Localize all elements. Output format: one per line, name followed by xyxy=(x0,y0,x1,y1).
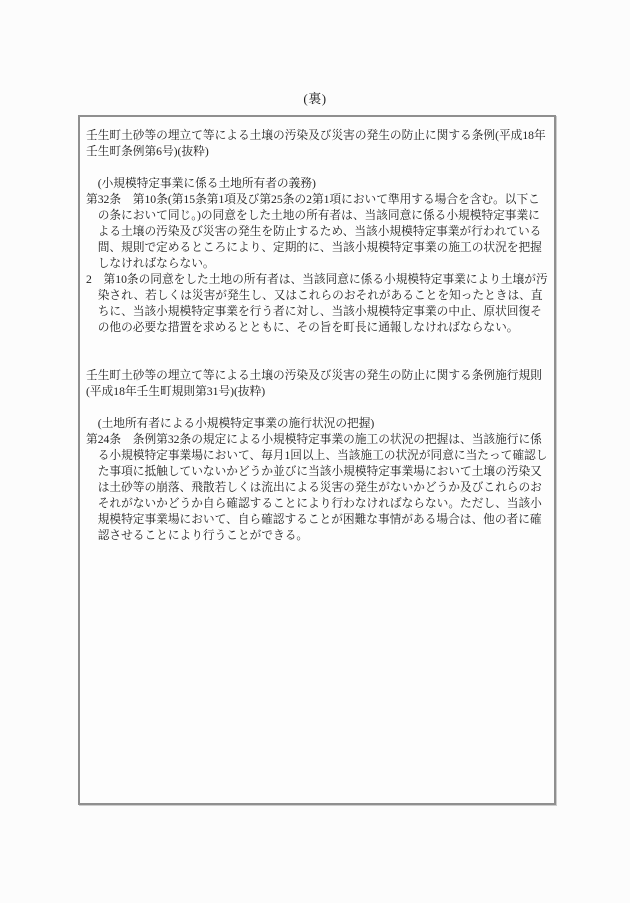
text-line: しなければならない。 xyxy=(86,256,551,272)
text-line xyxy=(86,336,551,352)
text-line: よる土壌の汚染及び災害の発生を防止するため、当該小規模特定事業が行われている xyxy=(86,224,551,240)
text-line: 認させることにより行うことができる。 xyxy=(86,528,551,544)
text-line: る小規模特定事業場において、毎月1回以上、当該施工の状況が同意に当たって確認し xyxy=(86,448,551,464)
text-line: 規模特定事業場において、自ら確認することが困難な事情がある場合は、他の者に確 xyxy=(86,512,551,528)
document-text: 壬生町土砂等の埋立て等による土壌の汚染及び災害の発生の防止に関する条例(平成18… xyxy=(86,128,551,544)
text-line xyxy=(86,400,551,416)
text-line: 壬生町土砂等の埋立て等による土壌の汚染及び災害の発生の防止に関する条例施行規則 xyxy=(86,368,551,384)
text-line: (小規模特定事業に係る土地所有者の義務) xyxy=(86,176,551,192)
text-line: 間、規則で定めるところにより、定期的に、当該小規模特定事業の施工の状況を把握 xyxy=(86,240,551,256)
document-border-box: 壬生町土砂等の埋立て等による土壌の汚染及び災害の発生の防止に関する条例(平成18… xyxy=(78,115,556,805)
text-line: の条において同じ。)の同意をした土地の所有者は、当該同意に係る小規模特定事業に xyxy=(86,208,551,224)
text-line: 第24条 条例第32条の規定による小規模特定事業の施工の状況の把握は、当該施行に… xyxy=(86,432,551,448)
text-line xyxy=(86,352,551,368)
text-line: の他の必要な措置を求めるとともに、その旨を町長に通報しなければならない。 xyxy=(86,320,551,336)
text-line: ちに、当該小規模特定事業を行う者に対し、当該小規模特定事業の中止、原状回復そ xyxy=(86,304,551,320)
text-line: は土砂等の崩落、飛散若しくは流出による災害の発生がないかどうか及びこれらのお xyxy=(86,480,551,496)
text-line: (平成18年壬生町規則第31号)(抜粋) xyxy=(86,384,551,400)
text-line: 2 第10条の同意をした土地の所有者は、当該同意に係る小規模特定事業により土壌が… xyxy=(86,272,551,288)
text-line: た事項に抵触していないかどうか並びに当該小規模特定事業場において土壌の汚染又 xyxy=(86,464,551,480)
text-line: 壬生町条例第6号)(抜粋) xyxy=(86,144,551,160)
text-line xyxy=(86,160,551,176)
text-line: それがないかどうか自ら確認することにより行わなければならない。ただし、当該小 xyxy=(86,496,551,512)
text-line: (土地所有者による小規模特定事業の施行状況の把握) xyxy=(86,416,551,432)
page-side-label: (裏) xyxy=(0,90,630,108)
text-line: 染され、若しくは災害が発生し、又はこれらのおそれがあることを知ったときは、直 xyxy=(86,288,551,304)
text-line: 第32条 第10条(第15条第1項及び第25条の2第1項において準用する場合を含… xyxy=(86,192,551,208)
text-line: 壬生町土砂等の埋立て等による土壌の汚染及び災害の発生の防止に関する条例(平成18… xyxy=(86,128,551,144)
